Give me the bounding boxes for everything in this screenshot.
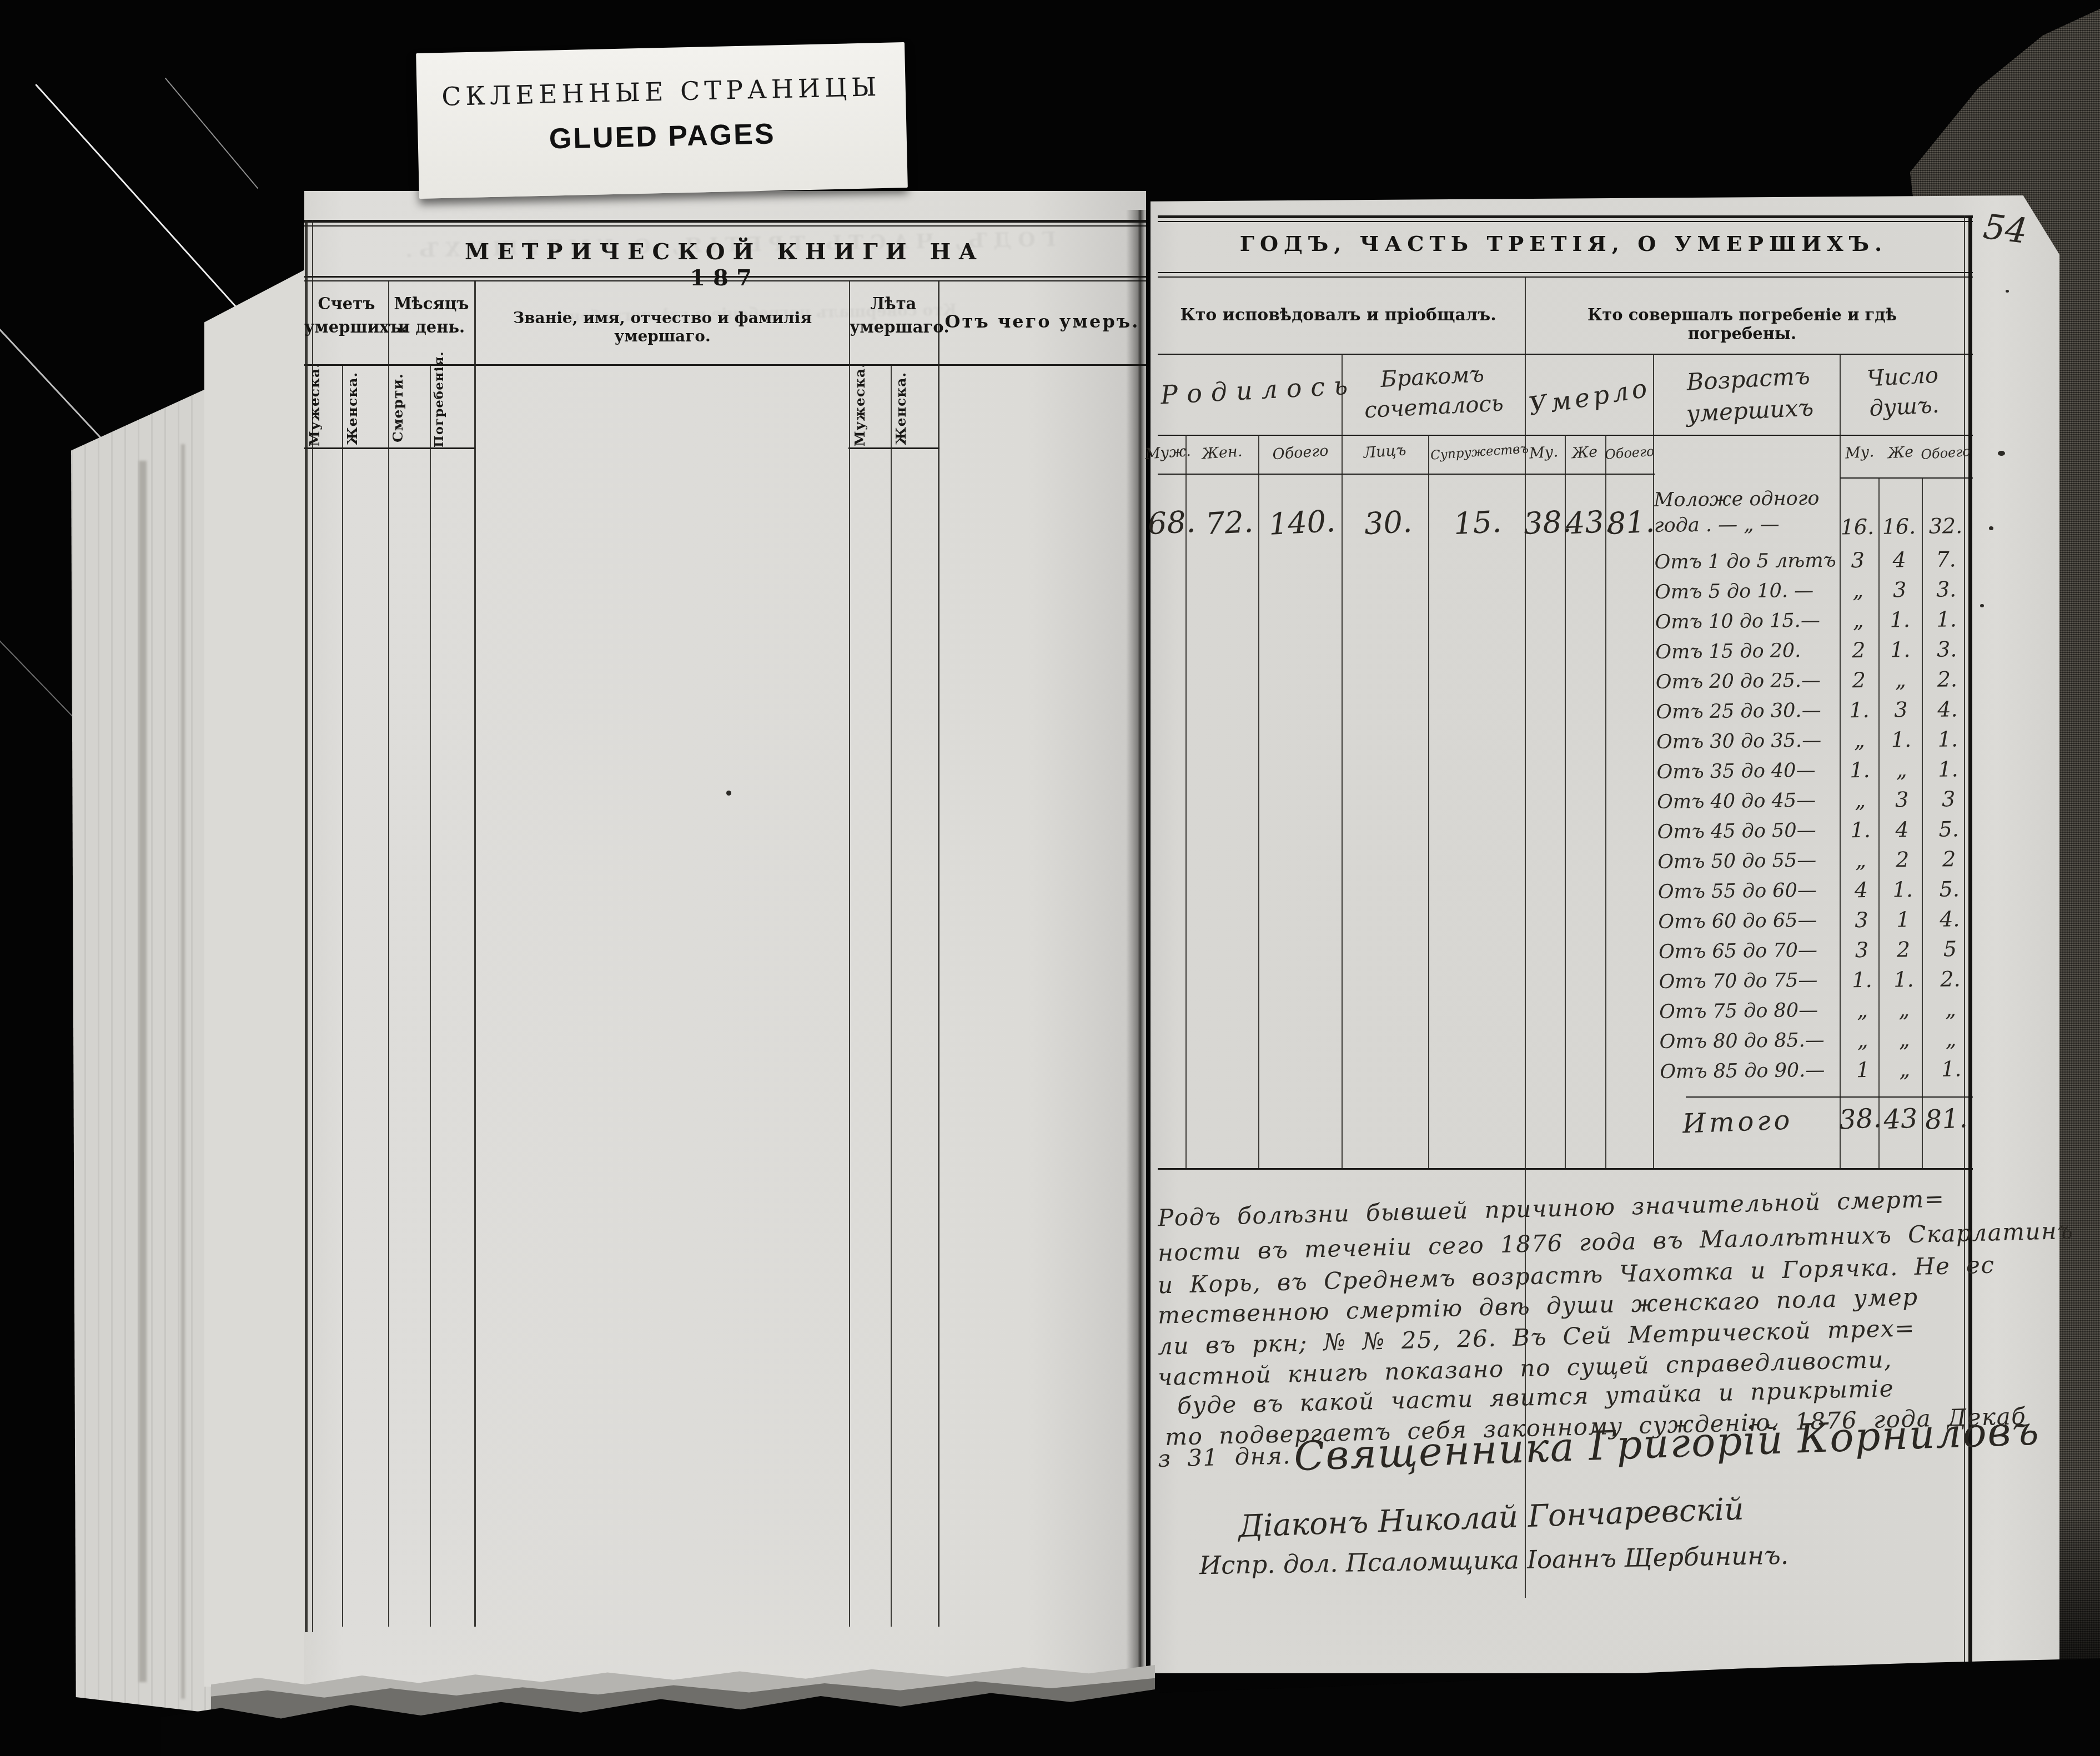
subcolumn-age-male: Мужеска. bbox=[852, 368, 885, 446]
age-row: Отъ 10 до 15.—„1.1. bbox=[1654, 607, 1973, 640]
ink-speck bbox=[1998, 451, 2005, 456]
age-row: Отъ 55 до 60—41.5. bbox=[1657, 877, 1976, 910]
age-row: Отъ 25 до 30.—1.34. bbox=[1655, 697, 1974, 730]
ink-speck bbox=[726, 791, 731, 796]
ink-speck bbox=[1989, 526, 1993, 530]
age-range-label: Отъ 10 до 15.— bbox=[1655, 608, 1838, 636]
age-row: Отъ 45 до 50—1.45. bbox=[1656, 817, 1976, 850]
age-count: 3. bbox=[1922, 577, 1970, 602]
age-range-label: Отъ 80 до 85.— bbox=[1659, 1028, 1842, 1055]
age-range-label: Моложе одного года . — „ — bbox=[1654, 486, 1837, 539]
age-count: 1 bbox=[1844, 1058, 1882, 1083]
age-count: „ bbox=[1839, 578, 1877, 603]
column-header-name: Званіе, имя, отчество и фамилія умершаго… bbox=[476, 309, 848, 345]
stat-sub-died-male: Му. bbox=[1523, 443, 1564, 463]
stat-header-age: Возрастъ умершихъ bbox=[1659, 359, 1839, 431]
ink-speck bbox=[2006, 290, 2009, 293]
age-count: 1. bbox=[1843, 968, 1881, 993]
age-count: 1. bbox=[1840, 698, 1878, 723]
age-row: Отъ 20 до 25.—2„2. bbox=[1655, 667, 1974, 700]
age-range-label: Отъ 60 до 65— bbox=[1658, 908, 1841, 935]
age-count: 2 bbox=[1840, 638, 1877, 663]
age-count: 3 bbox=[1842, 908, 1880, 933]
column-header-confessed: Кто исповѣдовалъ и пріобщалъ. bbox=[1172, 305, 1505, 325]
age-count: „ bbox=[1842, 848, 1880, 873]
age-count: 1. bbox=[1880, 637, 1921, 662]
stat-sub-died-both: Обоего bbox=[1604, 444, 1653, 462]
metric-book-title: МЕТРИЧЕСКОЙ КНИГИ НА 187 bbox=[441, 239, 1008, 291]
age-table: Моложе одного года . — „ —16.16.32.Отъ 1… bbox=[1652, 485, 1977, 1099]
scratch-line bbox=[35, 84, 244, 316]
age-row: Отъ 40 до 45—„33 bbox=[1656, 787, 1975, 820]
column-header-count-line2: умершихъ. bbox=[304, 315, 389, 339]
age-row: Моложе одного года . — „ —16.16.32. bbox=[1652, 485, 1972, 550]
glued-pages-label: СКЛЕЕННЫЕ СТРАНИЦЫ GLUED PAGES bbox=[416, 42, 908, 199]
age-range-label: Отъ 15 до 20. bbox=[1655, 638, 1838, 666]
age-row: Отъ 50 до 55—„22 bbox=[1656, 847, 1976, 880]
age-count: 2. bbox=[1923, 667, 1971, 692]
total-both: 81. bbox=[1921, 1103, 1972, 1136]
glued-pages-label-english: GLUED PAGES bbox=[418, 114, 907, 159]
total-label: Итого bbox=[1682, 1103, 1827, 1139]
age-count: 3 bbox=[1879, 577, 1920, 602]
age-count: „ bbox=[1884, 1057, 1925, 1082]
age-count: „ bbox=[1843, 998, 1881, 1023]
age-range-label: Отъ 1 до 5 лѣтъ bbox=[1654, 549, 1837, 576]
mortality-note-line: з 31 дня. bbox=[1157, 1442, 1291, 1472]
column-header-count-line1: Счетъ bbox=[304, 292, 389, 315]
age-range-label: Отъ 20 до 25.— bbox=[1656, 668, 1839, 696]
archival-scan: ГОДЪ, ЧАСТЬ ТРЕТІЯ, О УМЕРШИХЪ. Кто сове… bbox=[0, 0, 2100, 1756]
age-count: 1. bbox=[1841, 758, 1878, 783]
age-count: 2 bbox=[1925, 847, 1973, 872]
column-header-month: Мѣсяцъ и день. bbox=[389, 292, 474, 339]
column-header-age-line1: Лѣта bbox=[850, 292, 937, 315]
age-count: 7. bbox=[1922, 547, 1970, 572]
stat-sub-souls-male: Му. bbox=[1841, 443, 1878, 463]
age-count: 5 bbox=[1926, 937, 1974, 962]
age-count: 1. bbox=[1924, 727, 1972, 752]
age-count: 3 bbox=[1881, 787, 1922, 812]
age-count: „ bbox=[1841, 788, 1879, 813]
age-count: 16. bbox=[1838, 515, 1876, 540]
age-count: 4 bbox=[1878, 547, 1920, 572]
scratch-line bbox=[165, 78, 259, 189]
age-count: 4 bbox=[1881, 817, 1922, 842]
age-count: 2 bbox=[1840, 668, 1878, 693]
age-count: 1. bbox=[1927, 1056, 1975, 1081]
age-row: Отъ 35 до 40—1.„1. bbox=[1655, 757, 1975, 790]
book-cover-edge bbox=[2057, 67, 2100, 1715]
stat-value-born-both: 140. bbox=[1260, 503, 1343, 542]
stat-header-married: Бракомъ сочеталось bbox=[1345, 358, 1521, 426]
subcolumn-female: Женска. bbox=[344, 370, 376, 447]
age-row: Отъ 65 до 70—325 bbox=[1657, 937, 1977, 970]
stat-value-died-female: 43. bbox=[1565, 504, 1606, 541]
column-header-month-line1: Мѣсяцъ bbox=[389, 292, 474, 315]
age-row: Отъ 15 до 20.21.3. bbox=[1654, 637, 1973, 670]
age-count: 32. bbox=[1922, 514, 1970, 539]
age-count: 1. bbox=[1880, 607, 1921, 632]
stack-streak bbox=[139, 461, 147, 1682]
column-header-age: Лѣта умершаго. bbox=[850, 292, 937, 339]
age-count: 1. bbox=[1883, 967, 1924, 992]
age-range-label: Отъ 85 до 90.— bbox=[1660, 1058, 1843, 1085]
stat-header-souls: Число душъ. bbox=[1843, 359, 1963, 425]
stat-sub-souls-female: Же bbox=[1880, 442, 1922, 462]
deaths-part-title: ГОДЪ, ЧАСТЬ ТРЕТІЯ, О УМЕРШИХЪ. bbox=[1219, 231, 1908, 256]
age-row: Отъ 1 до 5 лѣтъ347. bbox=[1653, 547, 1972, 580]
age-row: Отъ 70 до 75—1.1.2. bbox=[1657, 967, 1977, 1000]
age-count: „ bbox=[1927, 1027, 1975, 1051]
age-range-label: Отъ 5 до 10. — bbox=[1655, 578, 1838, 606]
age-count: 5. bbox=[1925, 817, 1972, 842]
age-count: 2 bbox=[1882, 847, 1923, 872]
age-count: „ bbox=[1883, 1027, 1925, 1052]
age-count: 5. bbox=[1926, 877, 1973, 902]
age-count: 4. bbox=[1923, 697, 1971, 722]
subcolumn-male: Мужеска. bbox=[307, 368, 340, 446]
folio-number: 54 bbox=[1981, 206, 2052, 254]
age-range-label: Отъ 45 до 50— bbox=[1657, 818, 1841, 846]
age-range-label: Отъ 40 до 45— bbox=[1657, 788, 1840, 816]
age-count: „ bbox=[1840, 608, 1877, 633]
age-count: 4 bbox=[1842, 878, 1880, 903]
age-count: 16. bbox=[1878, 514, 1920, 539]
age-count: 3 bbox=[1880, 697, 1921, 722]
age-count: 2. bbox=[1926, 967, 1974, 992]
total-male: 38. bbox=[1838, 1103, 1879, 1136]
column-header-burial-officiant: Кто совершалъ погребеніе и гдѣ погребены… bbox=[1535, 305, 1949, 343]
age-count: „ bbox=[1883, 997, 1925, 1022]
stat-value-couples: 15. bbox=[1441, 504, 1513, 542]
age-range-label: Отъ 70 до 75— bbox=[1659, 968, 1842, 995]
total-female: 43 bbox=[1880, 1103, 1922, 1136]
ink-speck bbox=[1980, 604, 1984, 607]
age-count: 4. bbox=[1926, 907, 1973, 932]
column-header-age-line2: умершаго. bbox=[850, 315, 937, 339]
age-count: „ bbox=[1880, 667, 1921, 692]
age-count: „ bbox=[1927, 997, 1975, 1022]
column-header-cause: Отъ чего умеръ. bbox=[940, 311, 1145, 332]
age-count: 3. bbox=[1923, 637, 1971, 662]
age-range-label: Отъ 55 до 60— bbox=[1658, 878, 1841, 905]
gutter-shadow bbox=[1126, 210, 1152, 1676]
stat-sub-died-female: Же bbox=[1564, 443, 1605, 463]
subcolumn-age-female: Женска. bbox=[893, 370, 925, 447]
age-count: 3 bbox=[1925, 787, 1972, 812]
age-count: 1. bbox=[1882, 877, 1923, 902]
stat-value-died-male: 38. bbox=[1523, 504, 1566, 541]
column-header-count: Счетъ умершихъ. bbox=[304, 292, 389, 339]
age-count: 1. bbox=[1923, 607, 1971, 632]
age-range-label: Отъ 25 до 30.— bbox=[1656, 698, 1839, 726]
stat-value-born-female: 72. bbox=[1199, 504, 1259, 541]
age-range-label: Отъ 30 до 35.— bbox=[1656, 728, 1840, 756]
stat-header-souls-line2: душъ. bbox=[1845, 389, 1964, 425]
stat-value-persons: 30. bbox=[1353, 504, 1423, 542]
column-header-month-line2: и день. bbox=[389, 315, 474, 339]
under-page bbox=[204, 265, 313, 1687]
stack-streak bbox=[181, 444, 185, 1699]
age-count: „ bbox=[1881, 757, 1922, 782]
subcolumn-burial: Погребенія. bbox=[431, 365, 464, 447]
age-row: Отъ 5 до 10. —„33. bbox=[1654, 577, 1973, 610]
age-count: „ bbox=[1841, 728, 1878, 753]
glued-pages-label-russian: СКЛЕЕННЫЕ СТРАНИЦЫ bbox=[416, 71, 906, 112]
age-count: 3 bbox=[1838, 548, 1876, 573]
age-count: 3 bbox=[1843, 938, 1881, 963]
stat-value-died-both: 81. bbox=[1606, 504, 1654, 541]
stat-sub-born-male: Муж. bbox=[1144, 442, 1189, 462]
age-count: 1. bbox=[1842, 818, 1880, 843]
age-count: 2 bbox=[1883, 937, 1924, 962]
age-row: Отъ 60 до 65—314. bbox=[1657, 907, 1976, 940]
age-count: „ bbox=[1843, 1028, 1881, 1053]
age-range-label: Отъ 50 до 55— bbox=[1657, 848, 1841, 876]
age-count: 1 bbox=[1882, 907, 1923, 932]
age-row: Отъ 80 до 85.—„„„ bbox=[1658, 1027, 1977, 1060]
age-row: Отъ 85 до 90.—1„1. bbox=[1659, 1056, 1978, 1090]
age-range-label: Отъ 35 до 40— bbox=[1656, 758, 1840, 786]
subcolumn-death: Смерти. bbox=[390, 370, 421, 446]
stat-value-born-male: 68. bbox=[1144, 504, 1199, 542]
age-row: Отъ 75 до 80—„„„ bbox=[1658, 997, 1977, 1030]
age-range-label: Отъ 75 до 80— bbox=[1659, 998, 1842, 1025]
age-count: 1. bbox=[1881, 727, 1922, 752]
age-row: Отъ 30 до 35.—„1.1. bbox=[1655, 727, 1975, 760]
age-range-label: Отъ 65 до 70— bbox=[1659, 938, 1842, 965]
age-count: 1. bbox=[1924, 757, 1972, 782]
